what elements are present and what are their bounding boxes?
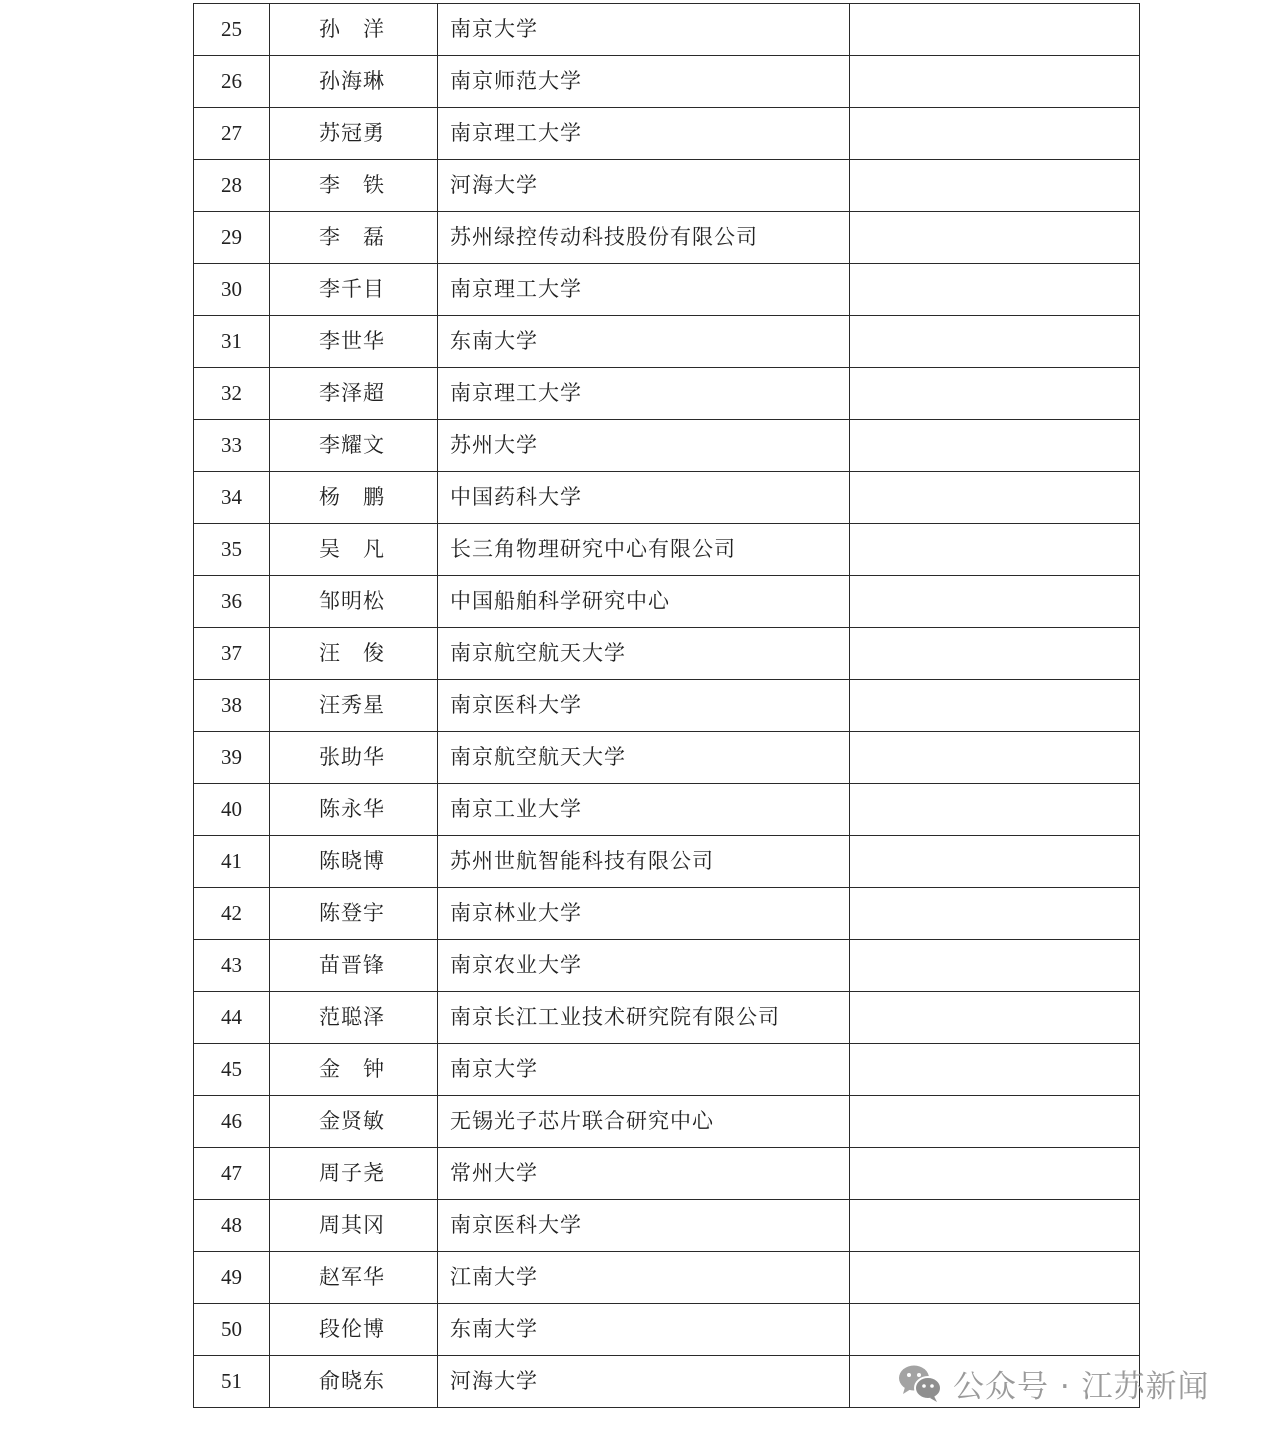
remarks-cell (850, 524, 1140, 576)
name-cell: 周其冈 (270, 1200, 438, 1252)
table-row: 28李 铁河海大学 (194, 160, 1140, 212)
row-number-cell: 39 (194, 732, 270, 784)
remarks-cell (850, 784, 1140, 836)
row-number-cell: 48 (194, 1200, 270, 1252)
unit-cell: 东南大学 (438, 316, 850, 368)
remarks-cell (850, 732, 1140, 784)
table-row: 30李千目南京理工大学 (194, 264, 1140, 316)
remarks-cell (850, 1096, 1140, 1148)
table-row: 33李耀文苏州大学 (194, 420, 1140, 472)
name-cell: 赵军华 (270, 1252, 438, 1304)
unit-cell: 南京大学 (438, 4, 850, 56)
unit-cell: 东南大学 (438, 1304, 850, 1356)
unit-cell: 中国船舶科学研究中心 (438, 576, 850, 628)
remarks-cell (850, 940, 1140, 992)
remarks-cell (850, 680, 1140, 732)
table-row: 51俞晓东河海大学 (194, 1356, 1140, 1408)
remarks-cell (850, 420, 1140, 472)
name-cell: 金 钟 (270, 1044, 438, 1096)
name-cell: 李 铁 (270, 160, 438, 212)
row-number-cell: 46 (194, 1096, 270, 1148)
row-number-cell: 30 (194, 264, 270, 316)
table-row: 45金 钟南京大学 (194, 1044, 1140, 1096)
remarks-cell (850, 368, 1140, 420)
table-row: 42陈登宇南京林业大学 (194, 888, 1140, 940)
unit-cell: 苏州绿控传动科技股份有限公司 (438, 212, 850, 264)
row-number-cell: 36 (194, 576, 270, 628)
table-row: 44范聪泽南京长江工业技术研究院有限公司 (194, 992, 1140, 1044)
unit-cell: 南京大学 (438, 1044, 850, 1096)
remarks-cell (850, 628, 1140, 680)
table-row: 38汪秀星南京医科大学 (194, 680, 1140, 732)
row-number-cell: 25 (194, 4, 270, 56)
table-row: 37汪 俊南京航空航天大学 (194, 628, 1140, 680)
name-cell: 汪秀星 (270, 680, 438, 732)
unit-cell: 常州大学 (438, 1148, 850, 1200)
table-row: 29李 磊苏州绿控传动科技股份有限公司 (194, 212, 1140, 264)
table-row: 46金贤敏无锡光子芯片联合研究中心 (194, 1096, 1140, 1148)
name-cell: 苏冠勇 (270, 108, 438, 160)
unit-cell: 河海大学 (438, 160, 850, 212)
remarks-cell (850, 1148, 1140, 1200)
row-number-cell: 34 (194, 472, 270, 524)
name-cell: 俞晓东 (270, 1356, 438, 1408)
remarks-cell (850, 1252, 1140, 1304)
unit-cell: 南京理工大学 (438, 108, 850, 160)
name-cell: 李千目 (270, 264, 438, 316)
name-cell: 孙 洋 (270, 4, 438, 56)
row-number-cell: 40 (194, 784, 270, 836)
table-row: 31李世华东南大学 (194, 316, 1140, 368)
remarks-cell (850, 576, 1140, 628)
table-row: 43苗晋锋南京农业大学 (194, 940, 1140, 992)
table-row: 27苏冠勇南京理工大学 (194, 108, 1140, 160)
table-row: 47周子尧常州大学 (194, 1148, 1140, 1200)
name-cell: 周子尧 (270, 1148, 438, 1200)
row-number-cell: 44 (194, 992, 270, 1044)
name-cell: 李世华 (270, 316, 438, 368)
name-cell: 杨 鹏 (270, 472, 438, 524)
table-row: 49赵军华江南大学 (194, 1252, 1140, 1304)
table-row: 36邹明松中国船舶科学研究中心 (194, 576, 1140, 628)
row-number-cell: 31 (194, 316, 270, 368)
unit-cell: 南京医科大学 (438, 680, 850, 732)
document-page: 25孙 洋南京大学26孙海琳南京师范大学27苏冠勇南京理工大学28李 铁河海大学… (0, 0, 1280, 1432)
row-number-cell: 32 (194, 368, 270, 420)
remarks-cell (850, 992, 1140, 1044)
roster-table-body: 25孙 洋南京大学26孙海琳南京师范大学27苏冠勇南京理工大学28李 铁河海大学… (194, 4, 1140, 1408)
row-number-cell: 50 (194, 1304, 270, 1356)
row-number-cell: 35 (194, 524, 270, 576)
table-row: 26孙海琳南京师范大学 (194, 56, 1140, 108)
unit-cell: 中国药科大学 (438, 472, 850, 524)
row-number-cell: 27 (194, 108, 270, 160)
unit-cell: 江南大学 (438, 1252, 850, 1304)
unit-cell: 南京工业大学 (438, 784, 850, 836)
remarks-cell (850, 108, 1140, 160)
table-row: 41陈晓博苏州世航智能科技有限公司 (194, 836, 1140, 888)
unit-cell: 河海大学 (438, 1356, 850, 1408)
remarks-cell (850, 1356, 1140, 1408)
name-cell: 金贤敏 (270, 1096, 438, 1148)
row-number-cell: 47 (194, 1148, 270, 1200)
table-row: 40陈永华南京工业大学 (194, 784, 1140, 836)
table-row: 48周其冈南京医科大学 (194, 1200, 1140, 1252)
table-row: 34杨 鹏中国药科大学 (194, 472, 1140, 524)
row-number-cell: 45 (194, 1044, 270, 1096)
name-cell: 苗晋锋 (270, 940, 438, 992)
row-number-cell: 43 (194, 940, 270, 992)
remarks-cell (850, 836, 1140, 888)
table-row: 25孙 洋南京大学 (194, 4, 1140, 56)
remarks-cell (850, 56, 1140, 108)
unit-cell: 南京航空航天大学 (438, 732, 850, 784)
name-cell: 陈晓博 (270, 836, 438, 888)
name-cell: 李泽超 (270, 368, 438, 420)
row-number-cell: 38 (194, 680, 270, 732)
row-number-cell: 28 (194, 160, 270, 212)
name-cell: 段伦博 (270, 1304, 438, 1356)
unit-cell: 苏州大学 (438, 420, 850, 472)
remarks-cell (850, 212, 1140, 264)
unit-cell: 南京林业大学 (438, 888, 850, 940)
name-cell: 汪 俊 (270, 628, 438, 680)
remarks-cell (850, 1200, 1140, 1252)
remarks-cell (850, 316, 1140, 368)
name-cell: 吴 凡 (270, 524, 438, 576)
unit-cell: 南京医科大学 (438, 1200, 850, 1252)
table-row: 35吴 凡长三角物理研究中心有限公司 (194, 524, 1140, 576)
remarks-cell (850, 264, 1140, 316)
remarks-cell (850, 1304, 1140, 1356)
remarks-cell (850, 888, 1140, 940)
roster-table: 25孙 洋南京大学26孙海琳南京师范大学27苏冠勇南京理工大学28李 铁河海大学… (193, 3, 1140, 1408)
name-cell: 陈登宇 (270, 888, 438, 940)
remarks-cell (850, 1044, 1140, 1096)
name-cell: 李耀文 (270, 420, 438, 472)
name-cell: 孙海琳 (270, 56, 438, 108)
row-number-cell: 51 (194, 1356, 270, 1408)
remarks-cell (850, 472, 1140, 524)
row-number-cell: 33 (194, 420, 270, 472)
row-number-cell: 49 (194, 1252, 270, 1304)
name-cell: 陈永华 (270, 784, 438, 836)
name-cell: 邹明松 (270, 576, 438, 628)
table-row: 32李泽超南京理工大学 (194, 368, 1140, 420)
row-number-cell: 41 (194, 836, 270, 888)
name-cell: 张助华 (270, 732, 438, 784)
row-number-cell: 37 (194, 628, 270, 680)
unit-cell: 南京农业大学 (438, 940, 850, 992)
unit-cell: 无锡光子芯片联合研究中心 (438, 1096, 850, 1148)
unit-cell: 南京航空航天大学 (438, 628, 850, 680)
unit-cell: 南京长江工业技术研究院有限公司 (438, 992, 850, 1044)
unit-cell: 长三角物理研究中心有限公司 (438, 524, 850, 576)
table-row: 39张助华南京航空航天大学 (194, 732, 1140, 784)
unit-cell: 南京理工大学 (438, 368, 850, 420)
unit-cell: 南京师范大学 (438, 56, 850, 108)
remarks-cell (850, 4, 1140, 56)
name-cell: 范聪泽 (270, 992, 438, 1044)
row-number-cell: 42 (194, 888, 270, 940)
remarks-cell (850, 160, 1140, 212)
row-number-cell: 26 (194, 56, 270, 108)
table-row: 50段伦博东南大学 (194, 1304, 1140, 1356)
row-number-cell: 29 (194, 212, 270, 264)
unit-cell: 南京理工大学 (438, 264, 850, 316)
unit-cell: 苏州世航智能科技有限公司 (438, 836, 850, 888)
name-cell: 李 磊 (270, 212, 438, 264)
